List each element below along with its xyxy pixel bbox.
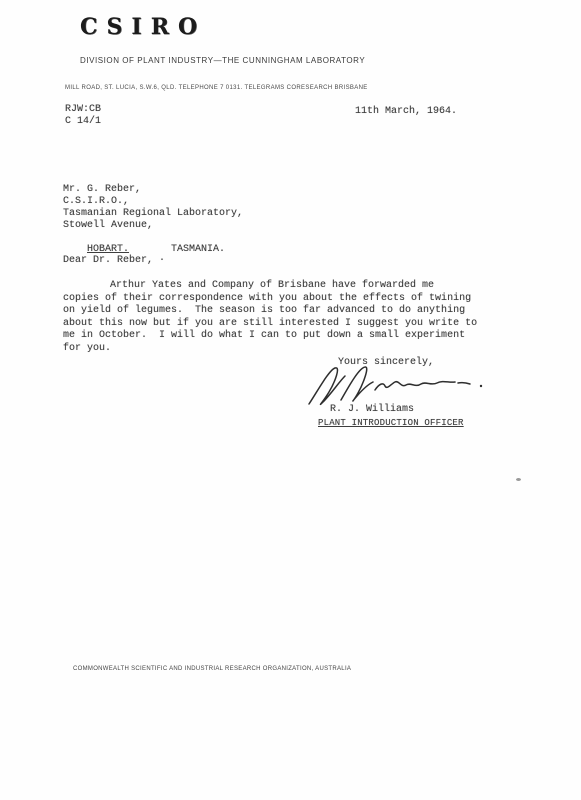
letter-body: Arthur Yates and Company of Brisbane hav… (63, 280, 493, 355)
salutation: Dear Dr. Reber, · (63, 255, 165, 267)
scan-speck (516, 478, 521, 481)
footer-organization-line: COMMONWEALTH SCIENTIFIC AND INDUSTRIAL R… (73, 666, 351, 672)
division-line: DIVISION OF PLANT INDUSTRY—THE CUNNINGHA… (80, 56, 365, 65)
reference-block: RJW:CB C 14/1 (65, 104, 101, 128)
scanned-letter-page: CSIRO DIVISION OF PLANT INDUSTRY—THE CUN… (0, 0, 581, 800)
csiro-logo: CSIRO (80, 14, 206, 40)
letterhead-address: MILL ROAD, ST. LUCIA, S.W.6, QLD. TELEPH… (65, 85, 368, 91)
recipient-address: Mr. G. Reber, C.S.I.R.O., Tasmanian Regi… (63, 184, 243, 232)
letter-date: 11th March, 1964. (355, 106, 457, 118)
signature-name: R. J. Williams (330, 404, 414, 416)
recipient-state: TASMANIA. (171, 244, 225, 255)
signature-title: PLANT INTRODUCTION OFFICER (318, 417, 464, 429)
recipient-city: HOBART. (87, 244, 129, 255)
